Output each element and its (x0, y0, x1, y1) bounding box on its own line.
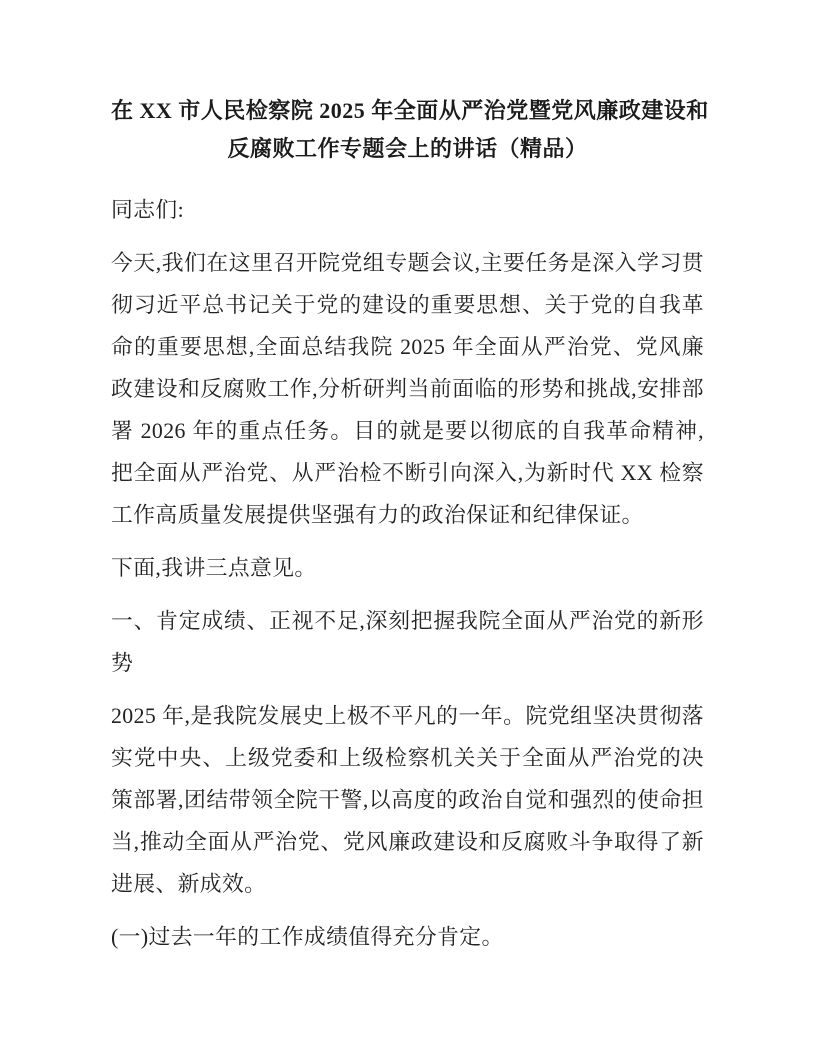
document-title: 在 XX 市人民检察院 2025 年全面从严治党暨党风廉政建设和 反腐败工作专题… (111, 92, 704, 168)
document-title-line-1: 在 XX 市人民检察院 2025 年全面从严治党暨党风廉政建设和 (111, 92, 704, 130)
subsection-heading-one: (一)过去一年的工作成绩值得充分肯定。 (111, 916, 704, 958)
document-title-line-2: 反腐败工作专题会上的讲话（精品） (111, 130, 704, 168)
paragraph-transition: 下面,我讲三点意见。 (111, 547, 704, 589)
document-page: 在 XX 市人民检察院 2025 年全面从严治党暨党风廉政建设和 反腐败工作专题… (0, 0, 816, 1056)
section-heading-one: 一、肯定成绩、正视不足,深刻把握我院全面从严治党的新形势 (111, 600, 704, 684)
paragraph-2025-review: 2025 年,是我院发展史上极不平凡的一年。院党组坚决贯彻落实党中央、上级党委和… (111, 695, 704, 905)
salutation-text: 同志们: (111, 189, 704, 231)
paragraph-meeting-purpose: 今天,我们在这里召开院党组专题会议,主要任务是深入学习贯彻习近平总书记关于党的建… (111, 242, 704, 536)
